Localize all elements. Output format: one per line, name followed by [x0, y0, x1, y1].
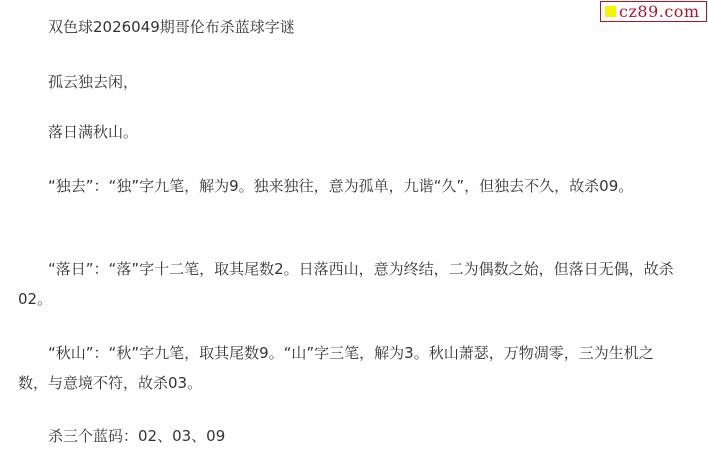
article-title: 双色球2026049期哥伦布杀蓝球字谜 [18, 12, 680, 42]
conclusion: 杀三个蓝码：02、03、09 [18, 421, 680, 451]
poem-line-2: 落日满秋山。 [18, 117, 680, 147]
analysis-paragraph-3: “秋山”：“秋”字九笔，取其尾数9。“山”字三笔，解为3。秋山萧瑟，万物凋零，三… [18, 338, 680, 398]
analysis-paragraph-1: “独去”：“独”字九笔，解为9。独来独往，意为孤单，九谐“久”，但独去不久，故杀… [18, 171, 680, 201]
analysis-paragraph-2: “落日”：“落”字十二笔，取其尾数2。日落西山，意为终结，二为偶数之始，但落日无… [18, 254, 680, 314]
poem-line-1: 孤云独去闲， [18, 67, 680, 97]
